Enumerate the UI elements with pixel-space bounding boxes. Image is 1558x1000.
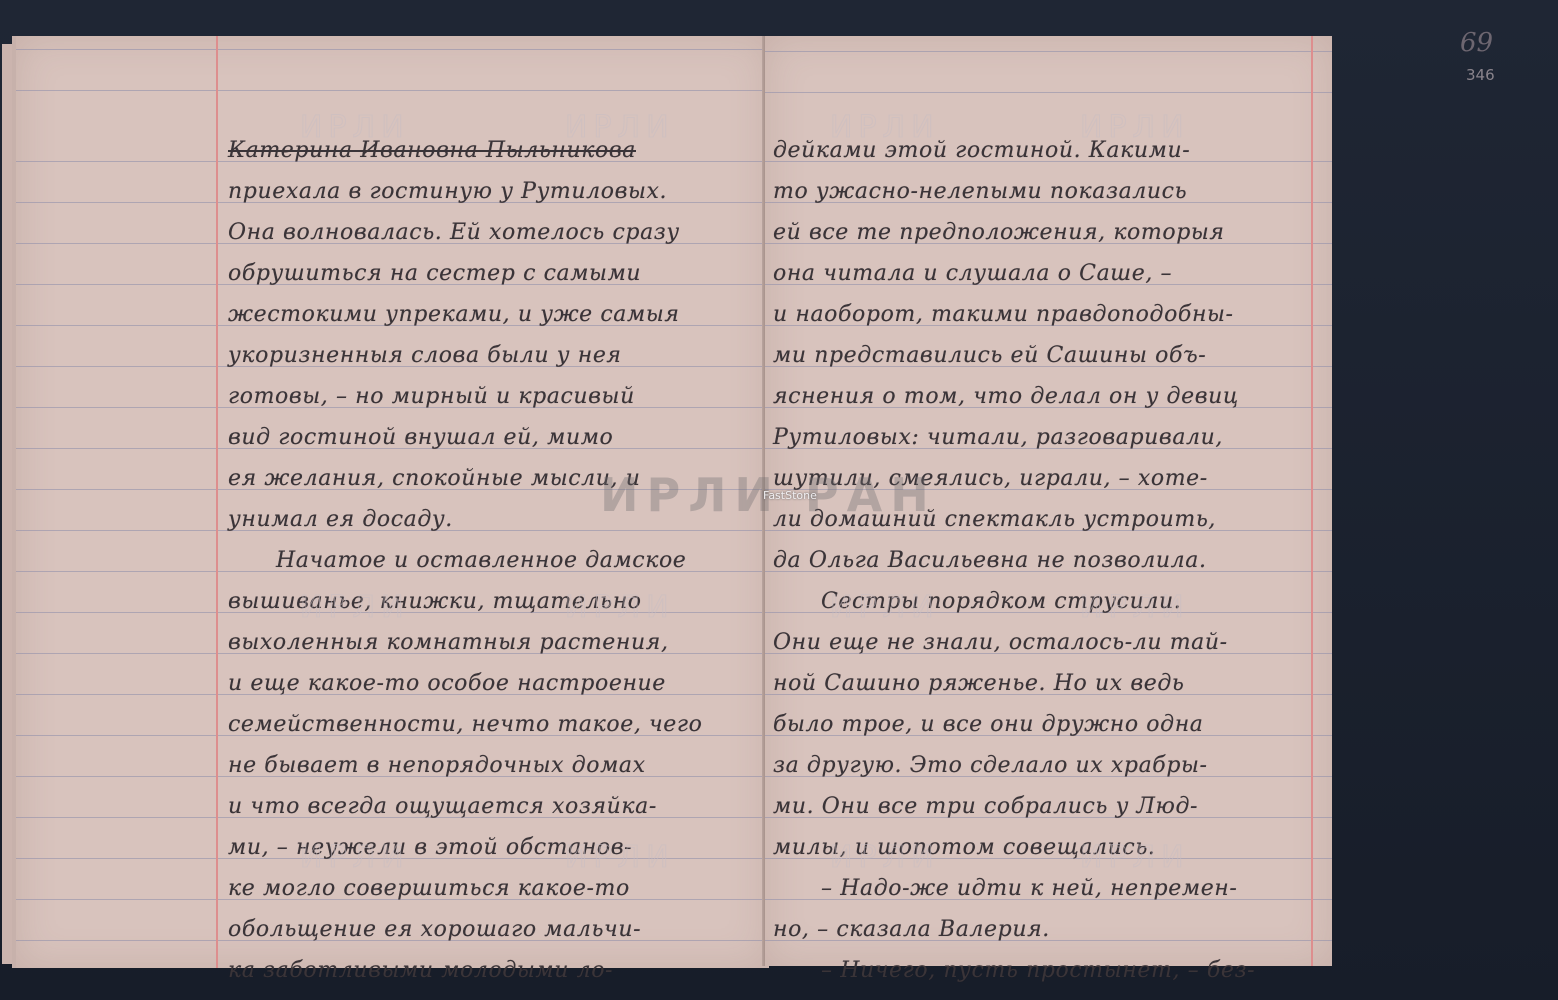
- manuscript-line: за другую. Это сделало их храбры-: [773, 745, 1313, 786]
- folio-number: 69: [1460, 28, 1493, 58]
- manuscript-line: Рутиловых: читали, разговаривали,: [773, 417, 1313, 458]
- manuscript-line: – Ничего, пусть простынет, – без-: [773, 950, 1313, 991]
- watermark: ИРЛИ: [1080, 840, 1190, 875]
- watermark: ИРЛИ: [565, 590, 675, 625]
- manuscript-line: да Ольга Васильевна не позволила.: [773, 540, 1313, 581]
- watermark: ИРЛИ: [1080, 590, 1190, 625]
- manuscript-line: было трое, и все они дружно одна: [773, 704, 1313, 745]
- manuscript-line: Начатое и оставленное дамское: [228, 540, 768, 581]
- manuscript-line: то ужасно-нелепыми показались: [773, 171, 1313, 212]
- manuscript-line: она читала и слушала о Саше, –: [773, 253, 1313, 294]
- red-margin-rule: [216, 36, 218, 968]
- manuscript-line: но, – сказала Валерия.: [773, 909, 1313, 950]
- manuscript-line: вид гостиной внушал ей, мимо: [228, 417, 768, 458]
- manuscript-line: выхоленныя комнатныя растения,: [228, 622, 768, 663]
- watermark: ИРЛИ: [300, 590, 410, 625]
- manuscript-line: ка заботливыми молодыми ло-: [228, 950, 768, 991]
- manuscript-line: укоризненныя слова были у нея: [228, 335, 768, 376]
- manuscript-line: не бывает в непорядочных домах: [228, 745, 768, 786]
- watermark: ИРЛИ: [830, 110, 940, 145]
- watermark: ИРЛИ: [565, 840, 675, 875]
- watermark: ИРЛИ: [300, 840, 410, 875]
- software-watermark: FastStone: [763, 489, 817, 502]
- watermark: ИРЛИ: [1080, 110, 1190, 145]
- manuscript-line: ной Сашино ряженье. Но их ведь: [773, 663, 1313, 704]
- watermark: ИРЛИ: [565, 110, 675, 145]
- manuscript-line: обольщение ея хорошаго мальчи-: [228, 909, 768, 950]
- manuscript-line: и еще какое-то особое настроение: [228, 663, 768, 704]
- watermark: ИРЛИ: [830, 590, 940, 625]
- manuscript-line: обрушиться на сестер с самыми: [228, 253, 768, 294]
- manuscript-line: и что всегда ощущается хозяйка-: [228, 786, 768, 827]
- manuscript-line: Они еще не знали, осталось-ли тай-: [773, 622, 1313, 663]
- watermark: ИРЛИ: [830, 840, 940, 875]
- manuscript-line: яснения о том, что делал он у девиц: [773, 376, 1313, 417]
- manuscript-line: приехала в гостиную у Рутиловых.: [228, 171, 768, 212]
- manuscript-line: ей все те предположения, которыя: [773, 212, 1313, 253]
- manuscript-line: семейственности, нечто такое, чего: [228, 704, 768, 745]
- manuscript-line: и наоборот, такими правдоподобны-: [773, 294, 1313, 335]
- manuscript-line: жестокими упреками, и уже самыя: [228, 294, 768, 335]
- manuscript-line: готовы, – но мирный и красивый: [228, 376, 768, 417]
- manuscript-line: ми. Они все три собрались у Люд-: [773, 786, 1313, 827]
- manuscript-line: ми представились ей Сашины объ-: [773, 335, 1313, 376]
- archive-number: 346: [1466, 66, 1495, 84]
- manuscript-line: Она волновалась. Ей хотелось сразу: [228, 212, 768, 253]
- watermark: ИРЛИ: [300, 110, 410, 145]
